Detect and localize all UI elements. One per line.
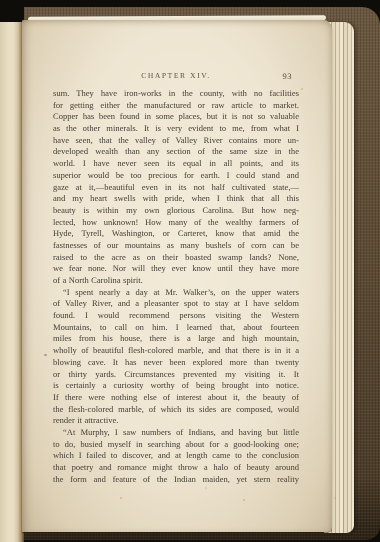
text-line: beauty is within my own glorious Carolin… [53,205,299,217]
text-line: raised to the acre as on their boasted s… [53,252,299,264]
text-line: world. I have never seen its equal in al… [53,158,299,170]
paragraph: “I spent nearly a day at Mr. Walker’s, o… [53,287,299,427]
text-line: the form and feature of the Indian maide… [53,474,299,486]
page-body: sum. They have iron-works in the county,… [53,88,299,485]
text-line: which I failed to discover, and at lengt… [53,450,299,462]
text-line: If there were nothing else of interest a… [53,392,299,404]
text-line: “At Murphy, I saw numbers of Indians, an… [53,427,299,439]
page-text: CHAPTER XIV. 93 sum. They have iron-work… [53,71,299,485]
paragraph: “At Murphy, I saw numbers of Indians, an… [53,427,299,485]
chapter-title: CHAPTER XIV. [53,71,299,80]
text-line: have seen, that the valley of Valley Riv… [53,135,299,147]
foxing-speck [120,497,122,499]
photo-frame: CHAPTER XIV. 93 sum. They have iron-work… [0,0,380,542]
text-line: blowing cave. It has never been explored… [53,357,299,369]
foxing-speck [205,487,207,489]
text-line: miles from his house, there is a large a… [53,333,299,345]
text-line: or thirty yards. Circumstances prevented… [53,369,299,381]
text-line: render it attractive. [53,415,299,427]
text-line: “I spent nearly a day at Mr. Walker’s, o… [53,287,299,299]
text-line: sum. They have iron-works in the county,… [53,88,299,100]
text-line: developed wealth than any section of the… [53,146,299,158]
text-line: we fear none. Nor will they ever know un… [53,263,299,275]
text-line: and my heart swells with pride, when I t… [53,193,299,205]
paragraph: sum. They have iron-works in the county,… [53,88,299,287]
facing-page-edge [0,22,24,542]
text-line: gaze at it,—beautiful even in its not ha… [53,182,299,194]
text-line: lected, how unknown! How many of the wea… [53,217,299,229]
foxing-speck [334,497,336,499]
text-line: superior would be too precious for earth… [53,170,299,182]
text-line: for getting either the manufactured or r… [53,100,299,112]
text-line: is certainly a curiosity worthy of being… [53,380,299,392]
text-line: to do, busied myself in searching about … [53,439,299,451]
text-line: that poetry and romance might throw a ha… [53,462,299,474]
text-line: fastnesses of our mountains as many bush… [53,240,299,252]
foxing-speck [44,354,47,356]
text-line: Mountains, to call on him. I learned tha… [53,322,299,334]
text-line: wholly of beautiful flesh-colored marble… [53,345,299,357]
text-line: as the other minerals. It is very eviden… [53,123,299,135]
page-number: 93 [283,71,293,81]
text-line: of Valley River, and a pleasanter spot t… [53,298,299,310]
foxing-speck [301,88,303,90]
foxing-speck [243,499,245,501]
text-line: Copper has been found in some places, bu… [53,111,299,123]
text-line: found. I would recommend persons visitin… [53,310,299,322]
text-line: the flesh-colored marble, of which its s… [53,404,299,416]
page-header: CHAPTER XIV. 93 [53,71,299,82]
text-line: of a North Carolina spirit. [53,275,299,287]
text-line: Hyde, Tyrell, Washington, or Carteret, k… [53,228,299,240]
